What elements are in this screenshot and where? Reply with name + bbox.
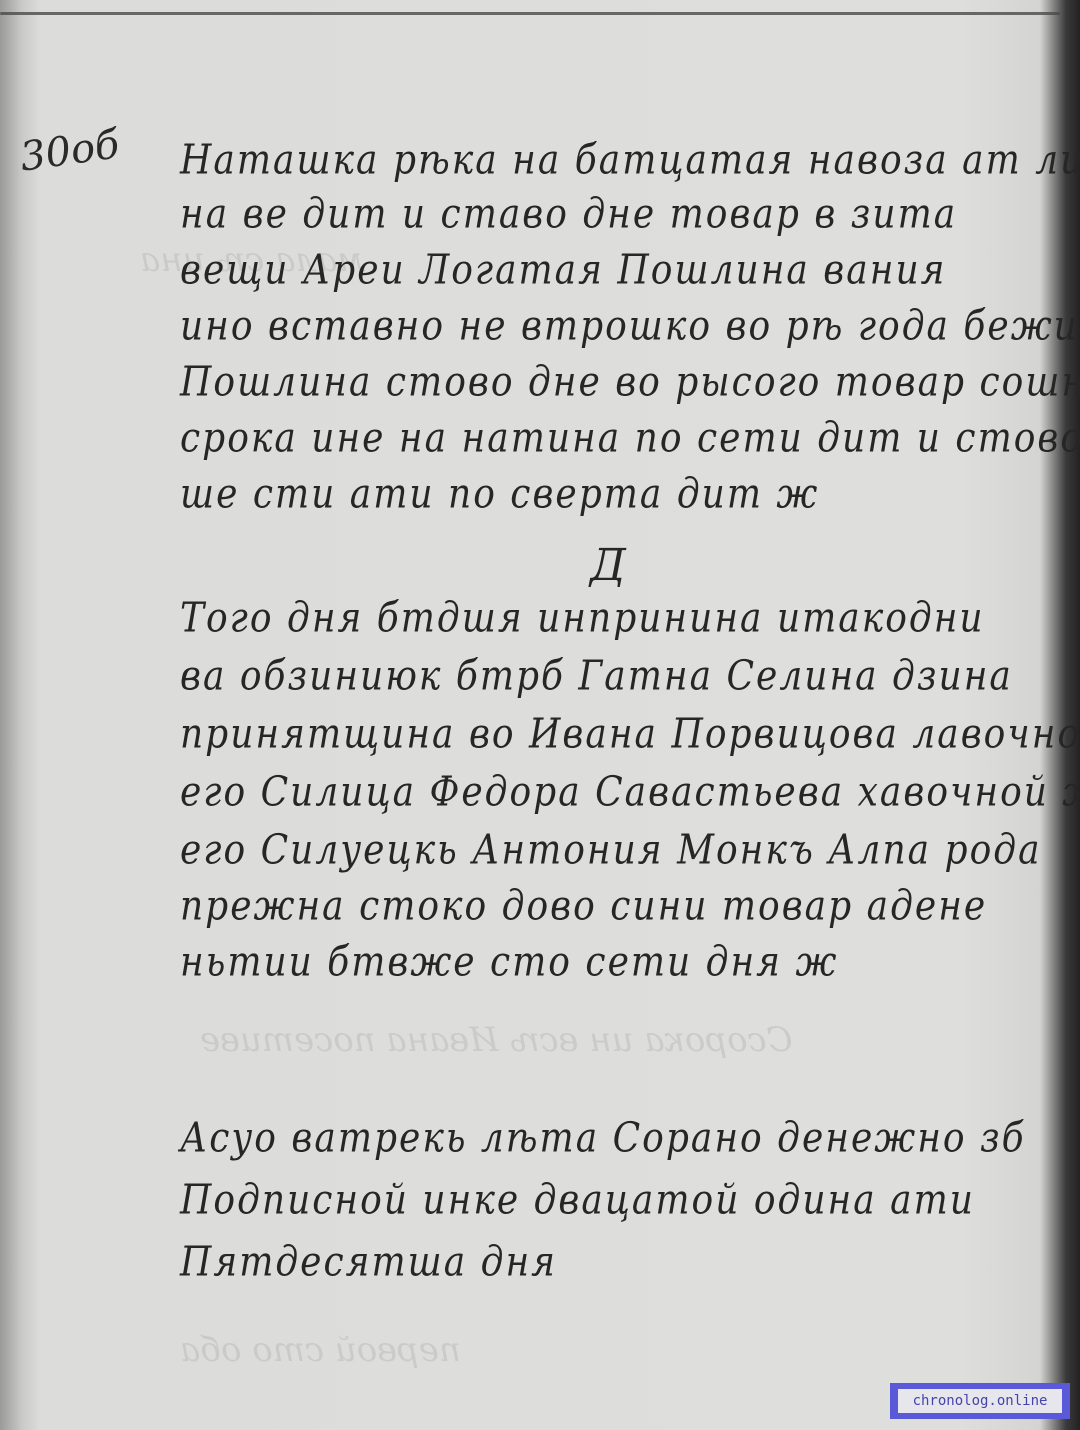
text-line: на ве дит и ставо дне товар в зита [180, 191, 957, 238]
text-line: Подписной инке двацатой одина ати [180, 1177, 975, 1224]
text-line: ино вставно не втрошко во рѣ года бежи [180, 303, 1079, 350]
manuscript-page: мала сѣ ина Ссорока ин всѣ Ивана посетив… [0, 0, 1080, 1430]
watermark-text: chronolog.online [898, 1389, 1062, 1413]
folio-number: 30об [17, 121, 122, 180]
text-line: прежна стоко дово сини товар адене [180, 883, 987, 930]
text-line: ва обзиниюк бтрб Гатна Селина дзина [180, 653, 1013, 700]
page-top-edge [0, 12, 1060, 15]
text-line: Пятдесятша дня [180, 1239, 557, 1286]
bleed-through-text: первой сто оба [180, 1330, 461, 1370]
text-line: Того дня бтдшя инпринина итакодни [180, 595, 985, 642]
section-marker: Д [590, 540, 626, 591]
text-line: его Силица Федора Савастьева хавочной же [180, 769, 1080, 816]
bleed-through-text: Ссорока ин всѣ Ивана посетиве [200, 1020, 793, 1060]
text-line: Асуо ватрекь лѣта Сорано денежно зб [180, 1115, 1026, 1162]
text-line: ньтии бтвже сто сети дня ж [180, 939, 838, 986]
text-line: Пошлина стово дне во рысого товар сошник [180, 359, 1080, 406]
text-line: ше сти ати по сверта дит ж [180, 471, 819, 518]
watermark-badge[interactable]: chronolog.online [890, 1383, 1070, 1419]
text-line: Наташка рѣка на батцатая навоза ат ли [180, 137, 1080, 184]
text-line: срока ине на натина по сети дит и стово [180, 415, 1080, 462]
text-line: его Силуецкь Антония Монкъ Алпа рода [180, 827, 1042, 874]
text-line: вещи Ареи Логатая Пошлина вания [180, 247, 946, 294]
text-line: принятщина во Ивана Порвицова лавочно [180, 711, 1080, 758]
